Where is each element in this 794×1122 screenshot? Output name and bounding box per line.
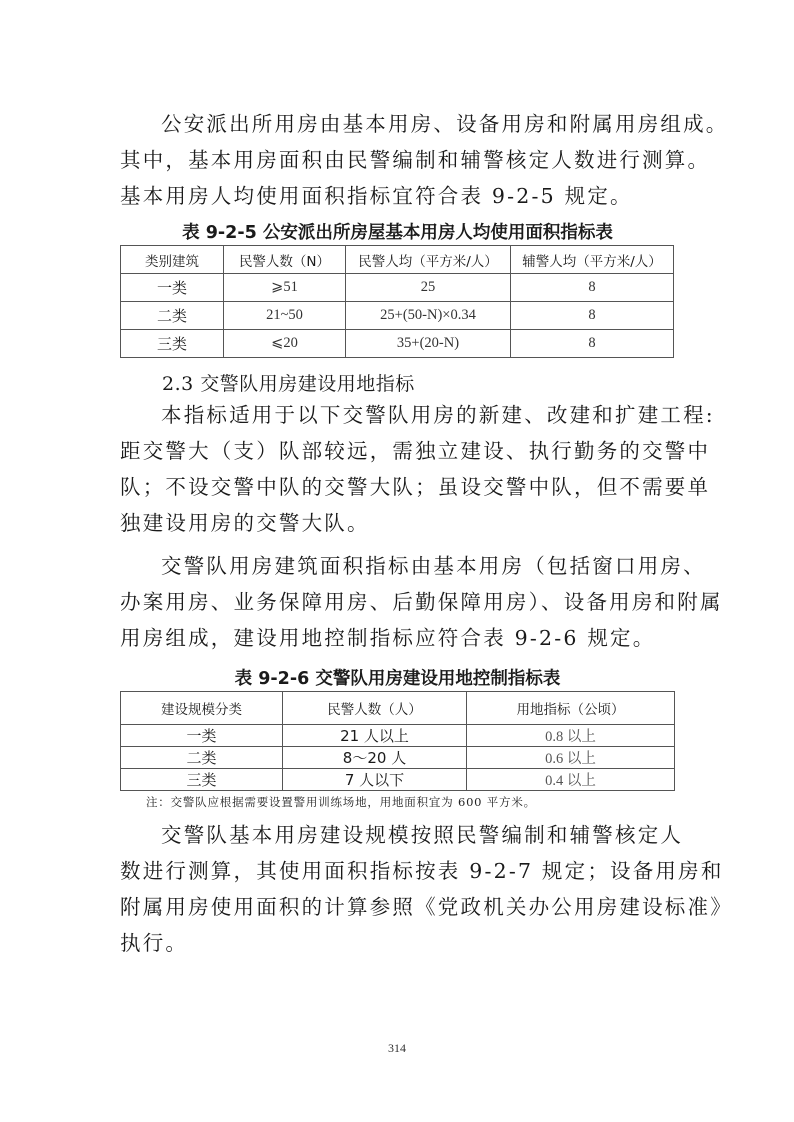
police-count-cell: 8～20 人: [283, 747, 467, 769]
table-926-caption: 表 9-2-6 交警队用房建设用地控制指标表: [120, 665, 675, 690]
section-heading: 2.3 交警队用房建设用地指标: [162, 369, 415, 396]
table-row: 三类 ⩽20 35+(20-N) 8: [121, 330, 674, 358]
table-header-row: 类别建筑 民警人数（N） 民警人均（平方米/人） 辅警人均（平方米/人）: [121, 246, 674, 274]
text-line: 队；不设交警中队的交警大队；虽设交警中队，但不需要单: [120, 469, 700, 505]
table-row: 一类 ⩾51 25 8: [121, 274, 674, 302]
text-line: 执行。: [120, 925, 700, 961]
text-line: 本指标适用于以下交警队用房的新建、改建和扩建工程:: [120, 397, 700, 433]
text-line: 交警队用房建筑面积指标由基本用房（包括窗口用房、: [120, 548, 700, 584]
header-cell: 民警人数（N）: [224, 246, 346, 274]
table-925: 类别建筑 民警人数（N） 民警人均（平方米/人） 辅警人均（平方米/人） 一类 …: [120, 245, 674, 358]
text-line: 其中，基本用房面积由民警编制和辅警核定人数进行测算。: [120, 142, 700, 178]
header-cell: 民警人均（平方米/人）: [346, 246, 511, 274]
police-area-cell: 25: [346, 274, 511, 302]
police-count-cell: ⩾51: [224, 274, 346, 302]
table-header-row: 建设规模分类 民警人数（人） 用地指标（公顷）: [121, 692, 675, 725]
land-index-cell: 0.8 以上: [467, 725, 675, 747]
header-cell: 类别建筑: [121, 246, 224, 274]
text-line: 基本用房人均使用面积指标宜符合表 9-2-5 规定。: [120, 178, 700, 214]
text-line: 距交警大（支）队部较远，需独立建设、执行勤务的交警中: [120, 433, 700, 469]
header-cell: 建设规模分类: [121, 692, 283, 725]
category-cell: 二类: [121, 747, 283, 769]
police-count-cell: 7 人以下: [283, 769, 467, 791]
police-area-cell: 35+(20-N): [346, 330, 511, 358]
header-cell: 辅警人均（平方米/人）: [511, 246, 674, 274]
auxiliary-area-cell: 8: [511, 330, 674, 358]
land-index-cell: 0.4 以上: [467, 769, 675, 791]
document-page: 公安派出所用房由基本用房、设备用房和附属用房组成。 其中，基本用房面积由民警编制…: [0, 0, 794, 1122]
table-row: 二类 8～20 人 0.6 以上: [121, 747, 675, 769]
police-count-cell: ⩽20: [224, 330, 346, 358]
table-926: 建设规模分类 民警人数（人） 用地指标（公顷） 一类 21 人以上 0.8 以上…: [120, 691, 675, 791]
table-row: 三类 7 人以下 0.4 以上: [121, 769, 675, 791]
table-row: 一类 21 人以上 0.8 以上: [121, 725, 675, 747]
category-cell: 三类: [121, 330, 224, 358]
category-cell: 三类: [121, 769, 283, 791]
table-926-note: 注：交警队应根据需要设置警用训练场地，用地面积宜为 600 平方米。: [146, 794, 536, 810]
text-line: 用房组成，建设用地控制指标应符合表 9-2-6 规定。: [120, 620, 700, 656]
page-number: 314: [0, 1041, 794, 1056]
category-cell: 一类: [121, 274, 224, 302]
category-cell: 二类: [121, 302, 224, 330]
text-line: 独建设用房的交警大队。: [120, 505, 700, 541]
composition-paragraph: 交警队用房建筑面积指标由基本用房（包括窗口用房、 办案用房、业务保障用房、后勤保…: [120, 548, 700, 656]
text-line: 公安派出所用房由基本用房、设备用房和附属用房组成。: [120, 106, 700, 142]
text-line: 数进行测算，其使用面积指标按表 9-2-7 规定；设备用房和: [120, 853, 700, 889]
header-cell: 民警人数（人）: [283, 692, 467, 725]
text-line: 交警队基本用房建设规模按照民警编制和辅警核定人: [120, 817, 700, 853]
header-cell: 用地指标（公顷）: [467, 692, 675, 725]
police-area-cell: 25+(50-N)×0.34: [346, 302, 511, 330]
auxiliary-area-cell: 8: [511, 302, 674, 330]
category-cell: 一类: [121, 725, 283, 747]
text-line: 附属用房使用面积的计算参照《党政机关办公用房建设标准》: [120, 889, 700, 925]
text-line: 办案用房、业务保障用房、后勤保障用房）、设备用房和附属: [120, 584, 700, 620]
land-index-cell: 0.6 以上: [467, 747, 675, 769]
police-count-cell: 21~50: [224, 302, 346, 330]
scope-paragraph: 本指标适用于以下交警队用房的新建、改建和扩建工程: 距交警大（支）队部较远，需独…: [120, 397, 700, 541]
table-row: 二类 21~50 25+(50-N)×0.34 8: [121, 302, 674, 330]
intro-paragraph: 公安派出所用房由基本用房、设备用房和附属用房组成。 其中，基本用房面积由民警编制…: [120, 106, 700, 214]
basic-paragraph: 交警队基本用房建设规模按照民警编制和辅警核定人 数进行测算，其使用面积指标按表 …: [120, 817, 700, 961]
police-count-cell: 21 人以上: [283, 725, 467, 747]
table-925-caption: 表 9-2-5 公安派出所房屋基本用房人均使用面积指标表: [120, 219, 675, 244]
auxiliary-area-cell: 8: [511, 274, 674, 302]
